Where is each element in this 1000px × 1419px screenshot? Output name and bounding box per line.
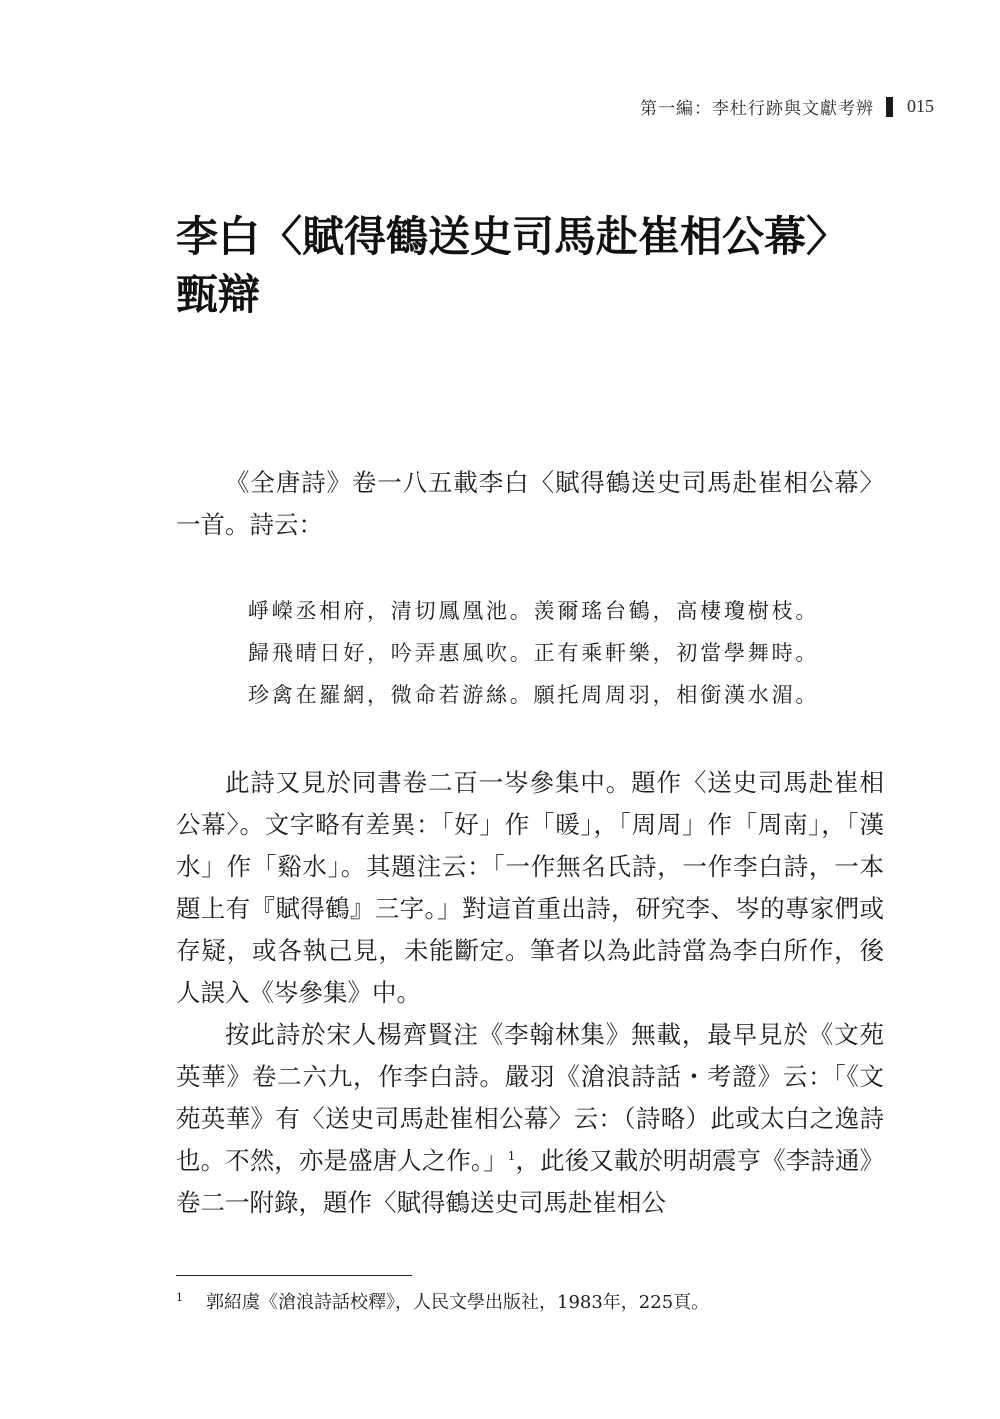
- page-number: 015: [907, 96, 934, 117]
- chapter-title-line-2: 甄辯: [176, 270, 260, 319]
- footnote-number: 1: [176, 1290, 206, 1306]
- header-separator-bar: [886, 97, 893, 117]
- body-paragraph-1: 此詩又見於同書卷二百一岑參集中。題作〈送史司馬赴崔相公幕〉。文字略有差異：「好」…: [176, 762, 884, 1014]
- poem-line: 歸飛晴日好，吟弄惠風吹。正有乘軒樂，初當學舞時。: [248, 632, 868, 674]
- footnote: 1 郭紹虞《滄浪詩話校釋》，人民文學出版社，1983年，225頁。: [176, 1290, 896, 1316]
- body-paragraph-2: 按此詩於宋人楊齊賢注《李翰林集》無載，最早見於《文苑英華》卷二六九，作李白詩。嚴…: [176, 1014, 884, 1224]
- chapter-title-line-1: 李白〈賦得鶴送史司馬赴崔相公幕〉: [176, 212, 848, 261]
- poem-line: 珍禽在羅網，微命若游絲。願托周周羽，相銜漢水湄。: [248, 674, 868, 716]
- footnote-text: 郭紹虞《滄浪詩話校釋》，人民文學出版社，1983年，225頁。: [206, 1290, 709, 1316]
- intro-paragraph: 《全唐詩》卷一八五載李白〈賦得鶴送史司馬赴崔相公幕〉一首。詩云：: [176, 462, 884, 546]
- running-header: 第一編：李杜行跡與文獻考辨 015: [640, 94, 934, 119]
- footnote-divider: [176, 1275, 412, 1276]
- poem-line: 崢嶸丞相府，清切鳳凰池。羡爾瑤台鶴，高棲瓊樹枝。: [248, 590, 868, 632]
- section-title: 第一編：李杜行跡與文獻考辨: [640, 94, 874, 119]
- chapter-title: 李白〈賦得鶴送史司馬赴崔相公幕〉 甄辯: [176, 208, 896, 324]
- poem-block: 崢嶸丞相府，清切鳳凰池。羡爾瑤台鶴，高棲瓊樹枝。 歸飛晴日好，吟弄惠風吹。正有乘…: [248, 590, 868, 716]
